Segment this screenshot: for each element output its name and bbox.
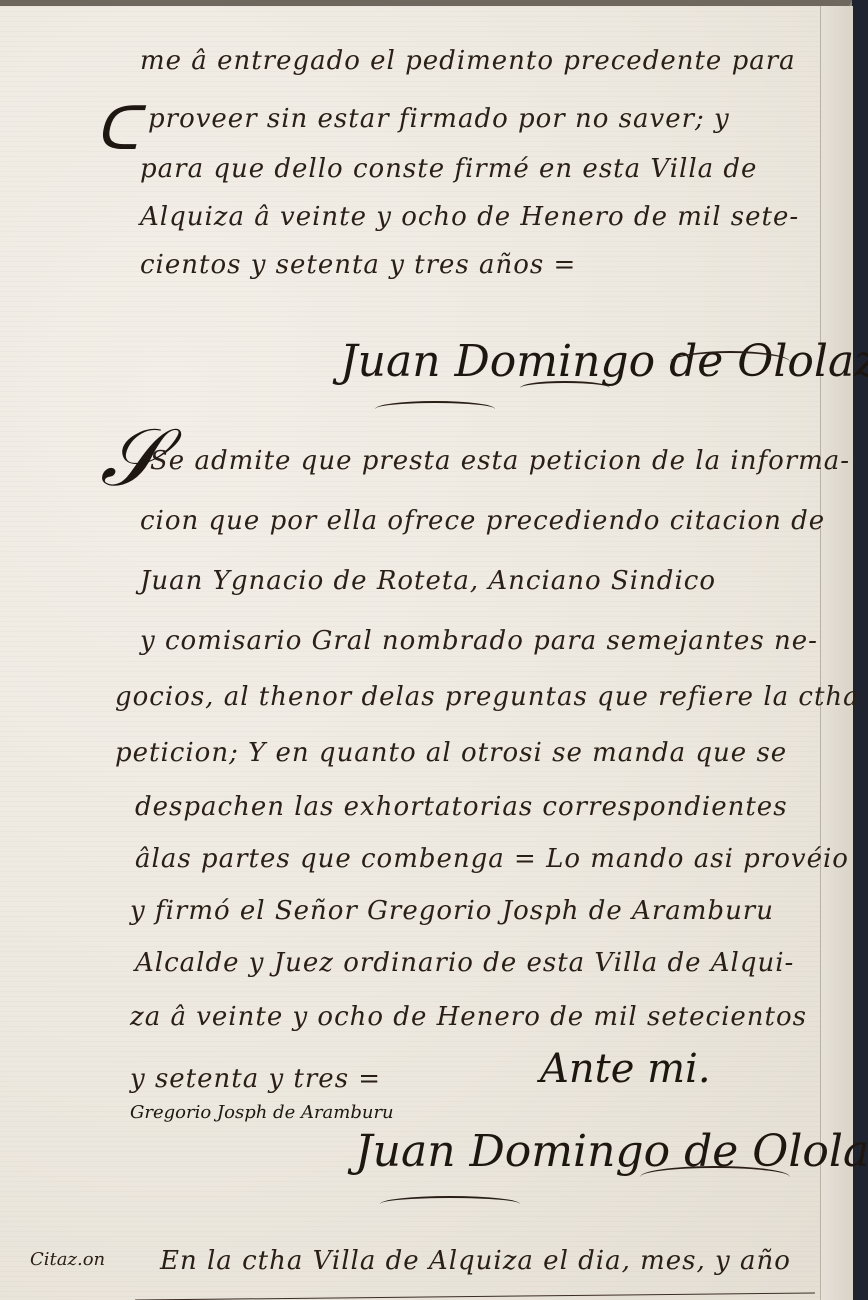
paragraph-2-line-7: despachen las exhortatorias correspondie… bbox=[135, 792, 788, 822]
paragraph-2-line-10: Alcalde y Juez ordinario de esta Villa d… bbox=[135, 948, 794, 978]
paragraph-2-line-9: y firmó el Señor Gregorio Josph de Aramb… bbox=[130, 896, 774, 926]
decorative-initial-p: ᑕ bbox=[95, 94, 139, 164]
paragraph-2-line-5: gocios, al thenor delas preguntas que re… bbox=[115, 682, 860, 712]
paragraph-2-line-2: cion que por ella ofrece precediendo cit… bbox=[140, 506, 825, 536]
signature-flourish bbox=[670, 351, 790, 373]
signature-ante-mi: Ante mi. bbox=[540, 1046, 711, 1092]
paragraph-1-line-1: me â entregado el pedimento precedente p… bbox=[140, 46, 796, 76]
signature-flourish bbox=[380, 1196, 520, 1212]
paragraph-1-line-3: para que dello conste firmé en esta Vill… bbox=[140, 154, 757, 184]
page-fold-edge bbox=[820, 6, 853, 1300]
paragraph-2-line-12: y setenta y tres = bbox=[130, 1064, 381, 1094]
paragraph-2-line-8: âlas partes que combenga = Lo mando asi … bbox=[135, 844, 849, 874]
paragraph-2-line-11: za â veinte y ocho de Henero de mil sete… bbox=[130, 1002, 807, 1032]
signature-juan-domingo-de-ololaz-2: Juan Domingo de Ololaz bbox=[355, 1126, 868, 1177]
paragraph-1-line-5: cientos y setenta y tres años = bbox=[140, 250, 576, 280]
margin-note-citacion: Citaz.on bbox=[30, 1249, 105, 1270]
paragraph-2-line-3: Juan Ygnacio de Roteta, Anciano Sindico bbox=[140, 566, 716, 596]
signature-flourish bbox=[520, 381, 610, 395]
paragraph-2-line-1: Se admite que presta esta peticion de la… bbox=[150, 446, 850, 476]
signature-flourish bbox=[375, 401, 495, 417]
manuscript-page: me â entregado el pedimento precedente p… bbox=[0, 0, 852, 1300]
paragraph-2-line-4: y comisario Gral nombrado para semejante… bbox=[140, 626, 818, 656]
footer-line: En la ctha Villa de Alquiza el dia, mes,… bbox=[160, 1246, 791, 1276]
signature-flourish bbox=[640, 1166, 790, 1188]
underline-rule bbox=[135, 1292, 815, 1300]
paragraph-1-line-2: proveer sin estar firmado por no saver; … bbox=[148, 104, 730, 134]
paragraph-1-line-4: Alquiza â veinte y ocho de Henero de mil… bbox=[140, 202, 799, 232]
paragraph-2-line-6: peticion; Y en quanto al otrosi se manda… bbox=[115, 738, 787, 768]
signature-gregorio-aramburu: Gregorio Josph de Aramburu bbox=[130, 1102, 394, 1123]
